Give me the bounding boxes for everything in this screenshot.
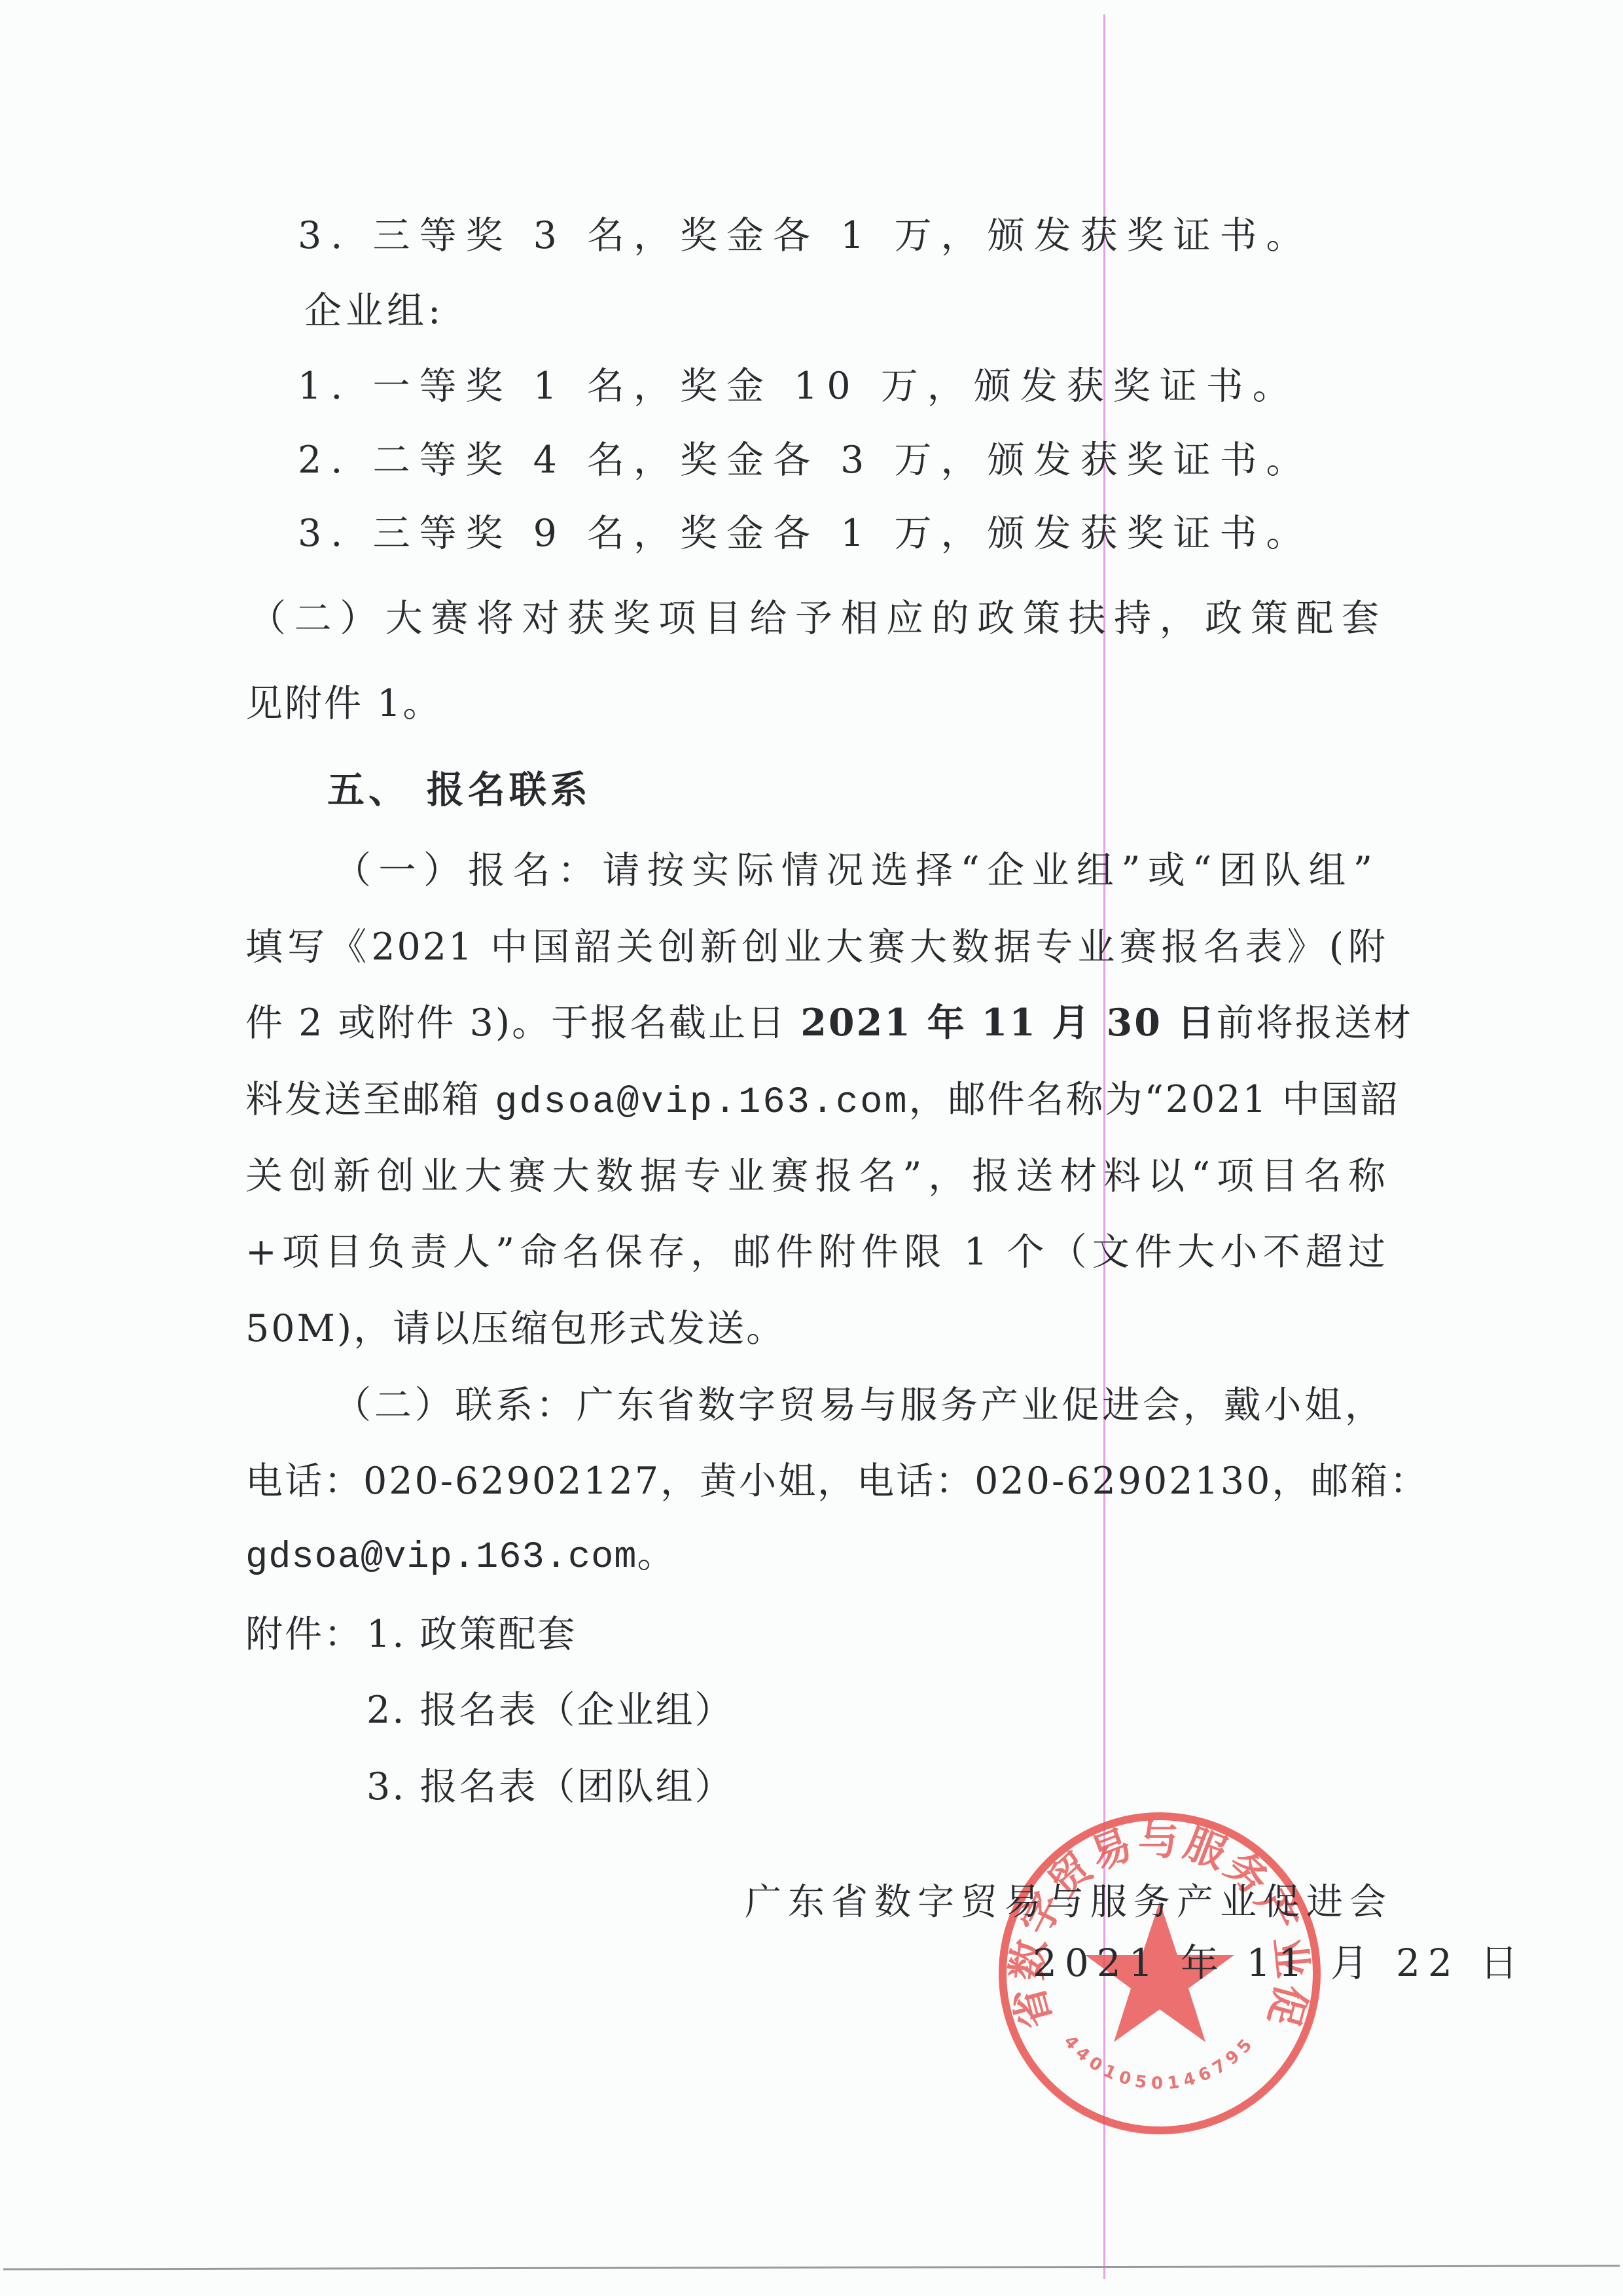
document-page: 3. 三等奖 3 名，奖金各 1 万，颁发获奖证书。 企业组: 1. 一等奖 1…	[0, 0, 1623, 2296]
registration-line6: +项目负责人”命名保存，邮件附件限 1 个（文件大小不超过	[245, 1229, 1387, 1275]
registration-line7: 50M)，请以压缩包形式发送。	[245, 1306, 785, 1352]
policy-support-line1: （二）大赛将对获奖项目给予相应的政策扶持，政策配套	[249, 596, 1381, 641]
signature-date: 2021 年 11 月 22 日	[1033, 1932, 1525, 1987]
enterprise-group-label: 企业组:	[304, 288, 444, 334]
enterprise-prize-first: 1. 一等奖 1 名，奖金 10 万，颁发获奖证书。	[298, 363, 1299, 409]
attachments-label: 附件：	[245, 1611, 363, 1657]
registration-line3: 件 2 或附件 3)。于报名截止日 2021 年 11 月 30 日前将报送材	[245, 1000, 1387, 1046]
svg-text:4401050146795: 4401050146795	[1060, 2032, 1260, 2093]
bottom-scan-edge	[3, 2265, 1620, 2270]
contact-line1: （二）联系：广东省数字贸易与服务产业促进会，戴小姐，	[334, 1382, 1384, 1428]
enterprise-prize-second: 2. 二等奖 4 名，奖金各 3 万，颁发获奖证书。	[298, 437, 1313, 483]
registration-line5: 关创新创业大赛大数据专业赛报名”，报送材料以“项目名称	[245, 1153, 1387, 1199]
registration-line1: （一）报名：请按实际情况选择“企业组”或“团队组”	[334, 848, 1374, 893]
registration-line4: 料发送至邮箱 gdsoa@vip.163.com，邮件名称为“2021 中国韶	[245, 1077, 1387, 1126]
registration-line4-post: ，邮件名称为“2021 中国韶	[909, 1078, 1400, 1121]
attachment-item-2: 2. 报名表（企业组）	[366, 1687, 734, 1733]
registration-email-link[interactable]: gdsoa@vip.163.com	[495, 1082, 909, 1124]
registration-line3-post: 前将报送材	[1217, 1001, 1413, 1045]
seal-code-text: 4401050146795	[1060, 2032, 1260, 2093]
section-heading-registration: 五、 报名联系	[327, 767, 592, 813]
registration-line2: 填写《2021 中国韶关创新创业大赛大数据专业赛报名表》(附	[245, 924, 1387, 970]
registration-line4-pre: 料发送至邮箱	[245, 1078, 495, 1121]
enterprise-prize-third: 3. 三等奖 9 名，奖金各 1 万，颁发获奖证书。	[298, 511, 1313, 556]
contact-email-link[interactable]: gdsoa@vip.163.com。	[245, 1535, 675, 1581]
team-prize-third: 3. 三等奖 3 名，奖金各 1 万，颁发获奖证书。	[298, 213, 1313, 259]
attachment-item-3: 3. 报名表（团队组）	[366, 1764, 734, 1810]
signature-organization: 广东省数字贸易与服务产业促进会	[745, 1873, 1393, 1926]
policy-support-line2: 见附件 1。	[245, 681, 442, 726]
contact-line2: 电话：020-62902127，黄小姐，电话：020-62902130，邮箱：	[245, 1458, 1371, 1504]
attachment-item-1: 1. 政策配套	[366, 1611, 577, 1657]
deadline-date: 2021 年 11 月 30 日	[800, 1001, 1217, 1045]
registration-line3-pre: 件 2 或附件 3)。于报名截止日	[245, 1001, 800, 1045]
